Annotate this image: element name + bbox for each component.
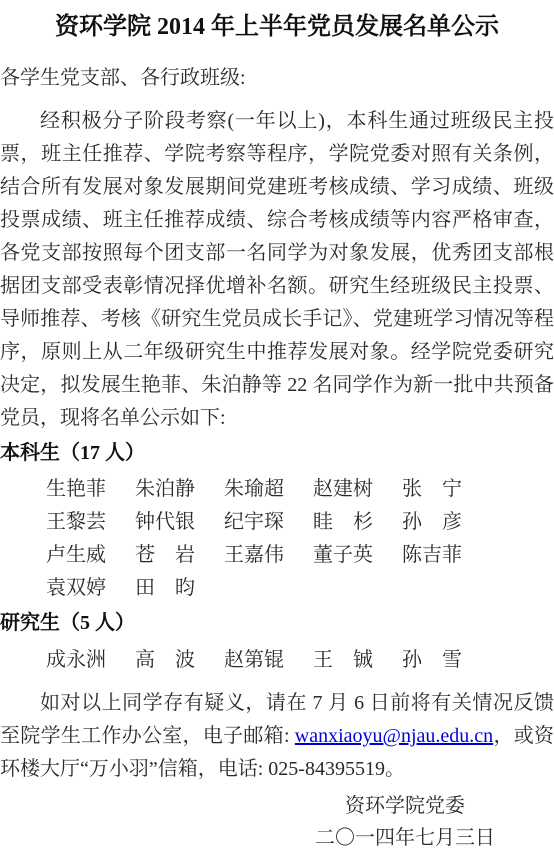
student-name: 王嘉伟 [224,539,284,572]
student-name: 孙雪 [402,644,462,677]
salutation: 各学生党支部、各行政班级: [0,62,554,95]
student-name: 成永洲 [46,644,106,677]
student-name: 田昀 [135,572,195,605]
student-name: 陈吉菲 [402,539,462,572]
student-name: 纪宇琛 [224,506,284,539]
student-name: 袁双婷 [46,572,106,605]
student-name: 钟代银 [135,506,195,539]
announcement-document: 资环学院 2014 年上半年党员发展名单公示 各学生党支部、各行政班级: 经积极… [0,0,554,850]
postgrad-heading: 研究生（5 人） [0,607,554,640]
student-name: 孙彦 [402,506,462,539]
date: 二〇一四年七月三日 [300,822,510,850]
intro-paragraph: 经积极分子阶段考察(一年以上)，本科生通过班级民主投票，班主任推荐、学院考察等程… [0,105,554,435]
student-name: 张宁 [402,473,462,506]
student-name: 王铖 [313,644,373,677]
student-name: 高波 [135,644,195,677]
student-name: 朱瑜超 [224,473,284,506]
student-name: 生艳菲 [46,473,106,506]
undergrad-name-row-1: 生艳菲 朱泊静 朱瑜超 赵建树 张宁 [46,473,554,506]
undergrad-name-row-4: 袁双婷 田昀 [46,572,554,605]
undergrad-name-row-3: 卢生威 苍岩 王嘉伟 董子英 陈吉菲 [46,539,554,572]
document-title: 资环学院 2014 年上半年党员发展名单公示 [0,10,554,44]
student-name: 赵建树 [313,473,373,506]
student-name: 卢生威 [46,539,106,572]
student-name: 赵第锟 [224,644,284,677]
undergrad-name-row-2: 王黎芸 钟代银 纪宇琛 眭杉 孙彦 [46,506,554,539]
student-name: 眭杉 [313,506,373,539]
signature: 资环学院党委 [300,790,510,822]
student-name: 苍岩 [135,539,195,572]
undergrad-heading: 本科生（17 人） [0,437,554,470]
student-name: 董子英 [313,539,373,572]
student-name: 王黎芸 [46,506,106,539]
feedback-paragraph: 如对以上同学存有疑义，请在 7 月 6 日前将有关情况反馈至院学生工作办公室，电… [0,687,554,786]
signature-block: 资环学院党委 二〇一四年七月三日 [300,790,510,850]
student-name: 朱泊静 [135,473,195,506]
postgrad-name-row-1: 成永洲 高波 赵第锟 王铖 孙雪 [46,644,554,677]
email-link[interactable]: wanxiaoyu@njau.edu.cn [295,725,493,747]
